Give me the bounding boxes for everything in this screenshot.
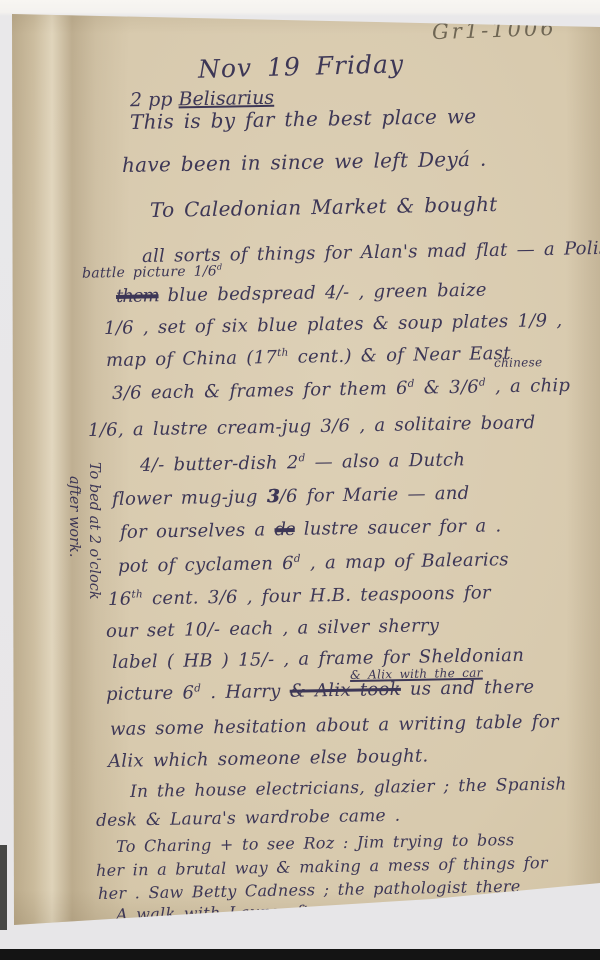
margin-note-line: To bed at 2 o'clock [84, 462, 104, 662]
handwritten-segment-strike: & Alix took [290, 679, 402, 702]
handwritten-segment: picture 6 [106, 682, 195, 705]
scanner-bed-edge-bottom [0, 949, 600, 960]
handwritten-segment: & 3/6 [415, 377, 480, 399]
handwritten-segment-scribble: de [274, 519, 295, 540]
handwritten-line: Alix which someone else bought. [108, 745, 429, 772]
handwritten-segment: cent.) & of Near East [288, 343, 510, 368]
handwritten-line: flower mug-jug 3/6 for Marie — and [112, 483, 470, 510]
subheading-prefix: 2 pp [130, 88, 179, 111]
handwritten-segment: cent. 3/6 , four H.B. teaspoons for [143, 582, 491, 609]
handwritten-segment: , a map of Balearics [301, 549, 509, 574]
handwritten-segment: desk & Laura's wardrobe came . [96, 806, 401, 831]
handwritten-line: In the house electricians, glazier ; the… [130, 774, 567, 802]
handwritten-line: desk & Laura's wardrobe came . [96, 806, 401, 831]
notebook-page: Gr1-1006 Nov 19 Friday 2 pp Belisarius T… [0, 0, 600, 960]
handwritten-line: them blue bedspread 4/- , green baize [116, 280, 487, 307]
handwritten-segment: To Caledonian Market & bought [150, 192, 498, 222]
handwritten-line: chinese [494, 355, 543, 370]
margin-note-vertical: To bed at 2 o'clock after work. [64, 462, 104, 662]
handwritten-line: was some hesitation about a writing tabl… [110, 711, 559, 740]
handwritten-segment-sup: th [277, 347, 289, 359]
handwritten-line: 1/6, a lustre cream-jug 3/6 , a solitair… [88, 412, 536, 441]
handwritten-segment: . Harry [201, 681, 290, 704]
handwritten-segment: battle picture 1/6 [82, 263, 217, 281]
handwritten-segment: us and there [401, 677, 535, 700]
handwritten-segment: lustre saucer for a . [295, 515, 502, 540]
handwritten-line: pot of cyclamen 6d , a map of Balearics [118, 549, 509, 577]
catalog-number: Gr1-1006 [432, 16, 557, 44]
handwritten-line: 4/- butter-dish 2d — also a Dutch [140, 449, 466, 476]
handwritten-segment: her . Saw Betty Cadness ; the pathologis… [98, 876, 535, 903]
handwritten-segment: /6 for Marie — and [279, 483, 469, 507]
handwritten-segment: , a chip [486, 375, 571, 397]
handwritten-line: have been in since we left Deyá . [122, 147, 487, 177]
handwritten-line: This is by far the best place we [130, 104, 477, 134]
margin-note-line: after work. [64, 476, 84, 662]
handwritten-segment: — also a Dutch [305, 449, 465, 473]
handwritten-segment: blue bedspread 4/- , green baize [158, 280, 487, 307]
handwritten-segment: A walk with Laura after supper . [116, 900, 407, 924]
handwritten-line: 1/6 , set of six blue plates & soup plat… [104, 310, 563, 339]
handwritten-segment: Alix which someone else bought. [108, 745, 429, 772]
handwritten-segment: 1/6 , set of six blue plates & soup plat… [104, 310, 563, 339]
handwritten-line: A walk with Laura after supper . [116, 900, 407, 924]
handwritten-segment-scribble: them [116, 285, 159, 307]
scanner-bed-edge-left [0, 845, 7, 930]
handwritten-segment: our set 10/- each , a silver sherry [106, 615, 440, 642]
handwritten-line: her . Saw Betty Cadness ; the pathologis… [98, 876, 535, 903]
handwritten-segment: 3/6 each & frames for them 6 [112, 378, 408, 404]
handwritten-line: for ourselves a de lustre saucer for a . [120, 515, 502, 543]
handwritten-line: picture 6d . Harry & Alix took us and th… [106, 677, 535, 705]
handwritten-segment: for ourselves a [120, 519, 275, 543]
handwritten-line: To Charing + to see Roz : Jim trying to … [116, 830, 515, 856]
handwritten-segment: 1/6, a lustre cream-jug 3/6 , a solitair… [88, 412, 536, 441]
handwritten-segment: This is by far the best place we [130, 104, 477, 134]
handwritten-segment: have been in since we left Deyá . [122, 147, 487, 177]
handwritten-segment-sup: th [131, 588, 143, 600]
handwritten-line: her in a brutal way & making a mess of t… [96, 853, 548, 880]
handwritten-segment: was some hesitation about a writing tabl… [110, 711, 559, 740]
handwritten-line: map of China (17th cent.) & of Near East [106, 343, 511, 371]
handwritten-segment-sup: d [217, 262, 223, 272]
handwritten-line: our set 10/- each , a silver sherry [106, 615, 440, 642]
handwritten-line: To Caledonian Market & bought [150, 192, 498, 222]
entry-date-heading: Nov 19 Friday [198, 49, 405, 83]
handwritten-segment: 4/- butter-dish 2 [140, 452, 299, 476]
handwritten-segment-overwrite: 3 [267, 486, 280, 507]
handwritten-segment: her in a brutal way & making a mess of t… [96, 853, 548, 880]
handwritten-segment: 16 [108, 589, 132, 610]
handwritten-line: battle picture 1/6d [82, 262, 223, 282]
handwritten-segment: map of China (17 [106, 347, 278, 371]
handwritten-segment: pot of cyclamen 6 [118, 553, 294, 577]
handwritten-segment: To Charing + to see Roz : Jim trying to … [116, 830, 515, 856]
handwritten-segment: In the house electricians, glazier ; the… [130, 774, 567, 802]
handwritten-line: 16th cent. 3/6 , four H.B. teaspoons for [108, 582, 491, 610]
scanned-diary-page: Gr1-1006 Nov 19 Friday 2 pp Belisarius T… [0, 0, 600, 960]
handwritten-segment: flower mug-jug [112, 486, 267, 510]
handwritten-segment: chinese [494, 355, 543, 370]
handwritten-line: 3/6 each & frames for them 6d & 3/6d , a… [112, 375, 571, 404]
